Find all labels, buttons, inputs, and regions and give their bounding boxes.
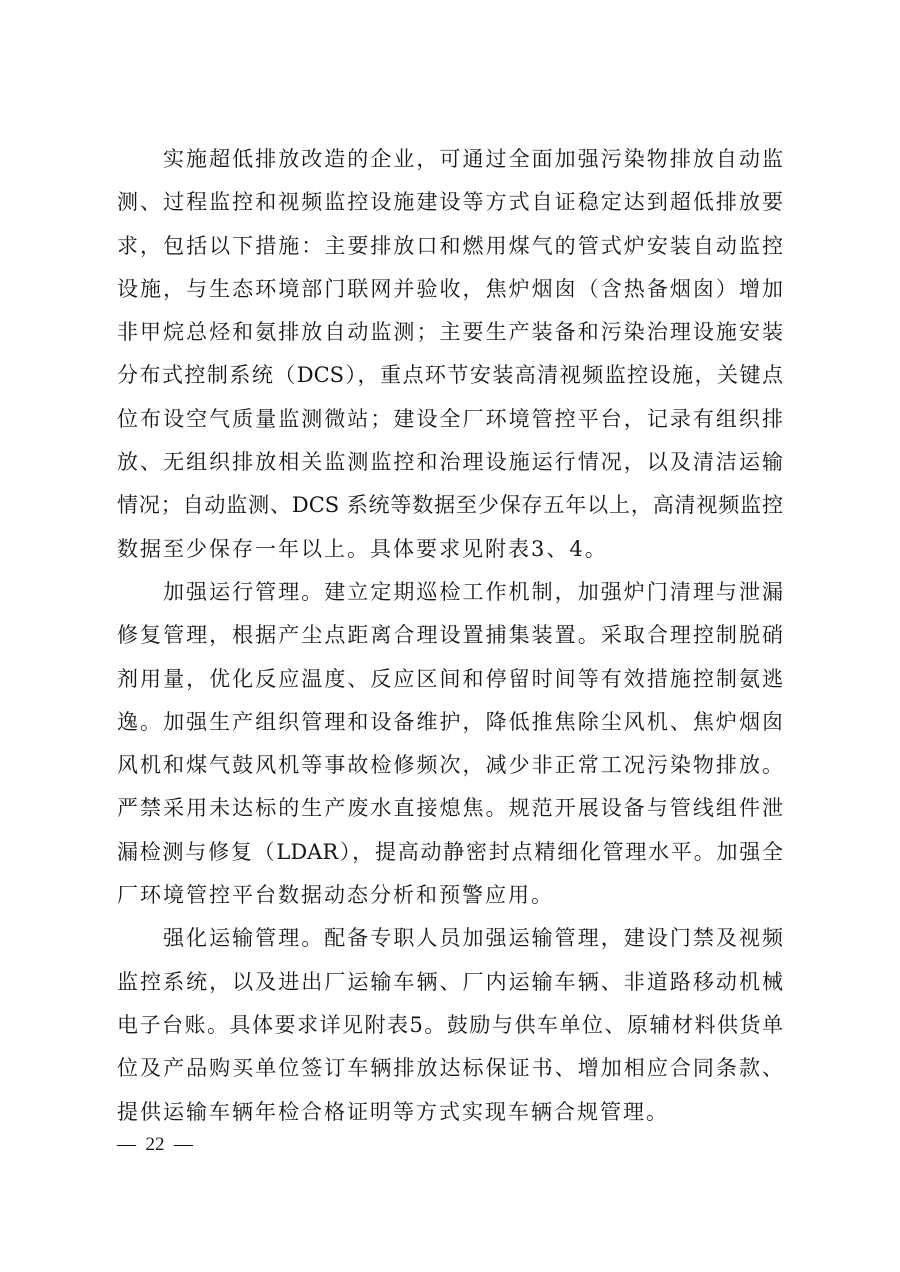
paragraph-operation-management: 加强运行管理。建立定期巡检工作机制，加强炉门清理与泄漏 修复管理，根据产尘点距离…	[117, 571, 783, 917]
text-line: 数据至少保存一年以上。具体要求见附表3、4。	[117, 528, 783, 571]
text-line: 逸。加强生产组织管理和设备维护，降低推焦除尘风机、焦炉烟囱	[117, 701, 783, 744]
text-line: 求，包括以下措施：主要排放口和燃用煤气的管式炉安装自动监控	[117, 225, 783, 268]
page-number: — 22 —	[117, 1133, 193, 1157]
text-line: 位及产品购买单位签订车辆排放达标保证书、增加相应合同条款、	[117, 1047, 783, 1090]
text-line: 风机和煤气鼓风机等事故检修频次，减少非正常工况污染物排放。	[117, 744, 783, 787]
text-line: 非甲烷总烃和氨排放自动监测；主要生产装备和污染治理设施安装	[117, 311, 783, 354]
text-line: 实施超低排放改造的企业，可通过全面加强污染物排放自动监	[117, 138, 783, 181]
text-line: 厂环境管控平台数据动态分析和预警应用。	[117, 874, 783, 917]
paragraph-emission-monitoring: 实施超低排放改造的企业，可通过全面加强污染物排放自动监 测、过程监控和视频监控设…	[117, 138, 783, 571]
text-line: 加强运行管理。建立定期巡检工作机制，加强炉门清理与泄漏	[117, 571, 783, 614]
body-text: 实施超低排放改造的企业，可通过全面加强污染物排放自动监 测、过程监控和视频监控设…	[117, 138, 783, 1134]
text-line: 漏检测与修复（LDAR），提高动静密封点精细化管理水平。加强全	[117, 831, 783, 874]
paragraph-transport-management: 强化运输管理。配备专职人员加强运输管理，建设门禁及视频 监控系统，以及进出厂运输…	[117, 917, 783, 1133]
text-line: 剂用量，优化反应温度、反应区间和停留时间等有效措施控制氨逃	[117, 658, 783, 701]
document-page: 实施超低排放改造的企业，可通过全面加强污染物排放自动监 测、过程监控和视频监控设…	[0, 0, 900, 1272]
text-line: 位布设空气质量监测微站；建设全厂环境管控平台，记录有组织排	[117, 398, 783, 441]
text-line: 放、无组织排放相关监测监控和治理设施运行情况，以及清洁运输	[117, 441, 783, 484]
text-line: 强化运输管理。配备专职人员加强运输管理，建设门禁及视频	[117, 917, 783, 960]
text-line: 分布式控制系统（DCS），重点环节安装高清视频监控设施，关键点	[117, 354, 783, 397]
text-line: 测、过程监控和视频监控设施建设等方式自证稳定达到超低排放要	[117, 181, 783, 224]
text-line: 情况；自动监测、DCS 系统等数据至少保存五年以上，高清视频监控	[117, 484, 783, 527]
text-line: 设施，与生态环境部门联网并验收，焦炉烟囱（含热备烟囱）增加	[117, 268, 783, 311]
text-line: 监控系统，以及进出厂运输车辆、厂内运输车辆、非道路移动机械	[117, 961, 783, 1004]
text-line: 严禁采用未达标的生产废水直接熄焦。规范开展设备与管线组件泄	[117, 787, 783, 830]
text-line: 电子台账。具体要求详见附表5。鼓励与供车单位、原辅材料供货单	[117, 1004, 783, 1047]
text-line: 提供运输车辆年检合格证明等方式实现车辆合规管理。	[117, 1091, 783, 1134]
text-line: 修复管理，根据产尘点距离合理设置捕集装置。采取合理控制脱硝	[117, 614, 783, 657]
